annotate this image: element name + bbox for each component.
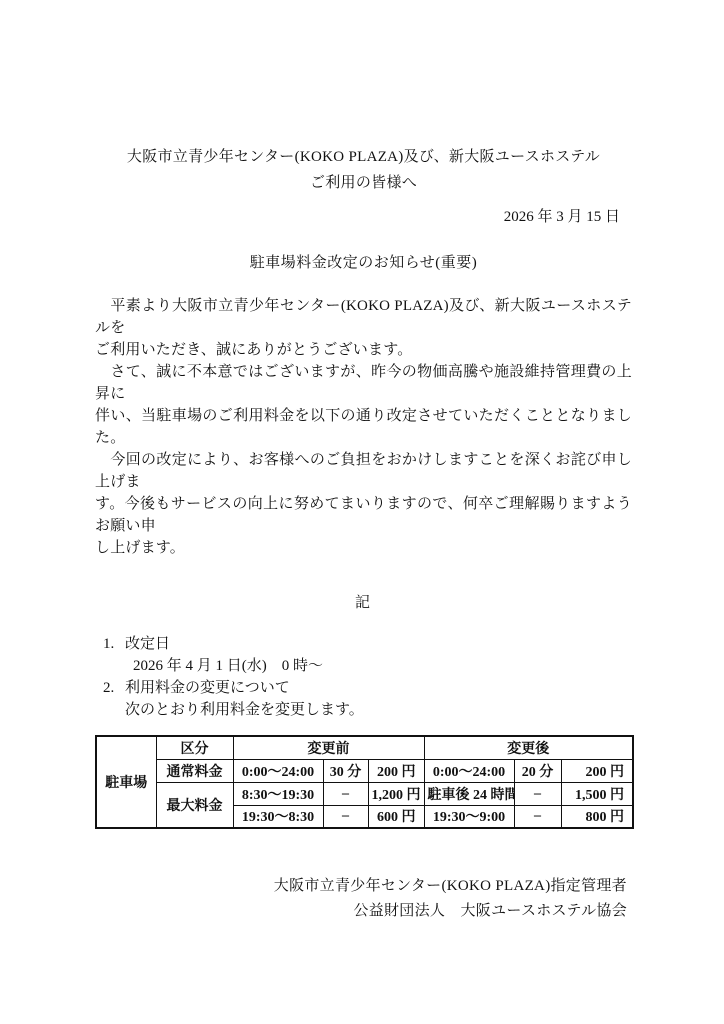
table-header-category: 区分 [156, 736, 233, 759]
cell-before-price: 200 円 [368, 759, 424, 782]
document-date: 2026 年 3 月 15 日 [95, 206, 632, 228]
table-header-after: 変更後 [424, 736, 633, 759]
table-header-row: 駐車場 区分 変更前 変更後 [96, 736, 633, 759]
record-marker: 記 [95, 592, 632, 614]
cell-after-price: 800 円 [561, 805, 633, 828]
list-item-number: 1. [103, 633, 125, 655]
list-item-fee-change: 2.利用料金の変更について [95, 677, 632, 699]
body-text: 平素より大阪市立青少年センター(KOKO PLAZA)及び、新大阪ユースホステル… [95, 295, 632, 559]
cell-after-unit: – [514, 805, 561, 828]
document-page: 大阪市立青少年センター(KOKO PLAZA)及び、新大阪ユースホステル ご利用… [0, 0, 724, 1024]
recipient-block: 大阪市立青少年センター(KOKO PLAZA)及び、新大阪ユースホステル ご利用… [95, 144, 632, 196]
document-content: 大阪市立青少年センター(KOKO PLAZA)及び、新大阪ユースホステル ご利用… [95, 0, 632, 924]
cell-after-time: 駐車後 24 時間 [424, 782, 514, 805]
list-item-revision-date-detail: 2026 年 4 月 1 日(水) 0 時～ [95, 655, 632, 677]
table-row-normal-fee: 通常料金 0:00～24:00 30 分 200 円 0:00～24:00 20… [96, 759, 633, 782]
paragraph-greeting: 平素より大阪市立青少年センター(KOKO PLAZA)及び、新大阪ユースホステル… [95, 295, 632, 361]
list-item-revision-date: 1.改定日 [95, 633, 632, 655]
fee-table: 駐車場 区分 変更前 変更後 通常料金 0:00～24:00 30 分 200 … [95, 735, 634, 829]
signature-block: 大阪市立青少年センター(KOKO PLAZA)指定管理者 公益財団法人 大阪ユー… [95, 874, 632, 924]
recipient-line-2: ご利用の皆様へ [95, 170, 632, 196]
table-group-label: 駐車場 [96, 736, 156, 828]
notice-title: 駐車場料金改定のお知らせ(重要) [95, 252, 632, 274]
signature-line-2: 公益財団法人 大阪ユースホステル協会 [95, 899, 627, 924]
cell-before-time: 8:30～19:30 [233, 782, 323, 805]
list-item-label: 利用料金の変更について [125, 680, 290, 696]
cell-before-unit: – [323, 782, 368, 805]
list-item-label: 改定日 [125, 636, 170, 652]
cell-before-price: 600 円 [368, 805, 424, 828]
paragraph-reason: さて、誠に不本意ではございますが、昨今の物価高騰や施設維持管理費の上昇に 伴い、… [95, 361, 632, 449]
table-header-before: 変更前 [233, 736, 424, 759]
cell-after-unit: 20 分 [514, 759, 561, 782]
recipient-line-1: 大阪市立青少年センター(KOKO PLAZA)及び、新大阪ユースホステル [95, 144, 632, 170]
list-item-fee-change-detail: 次のとおり利用料金を変更します。 [95, 699, 632, 721]
list-item-number: 2. [103, 677, 125, 699]
cell-after-time: 0:00～24:00 [424, 759, 514, 782]
cell-before-time: 0:00～24:00 [233, 759, 323, 782]
table-row-max-fee-day: 最大料金 8:30～19:30 – 1,200 円 駐車後 24 時間 – 1,… [96, 782, 633, 805]
cell-after-price: 1,500 円 [561, 782, 633, 805]
cell-before-time: 19:30～8:30 [233, 805, 323, 828]
cell-category: 通常料金 [156, 759, 233, 782]
paragraph-apology: 今回の改定により、お客様へのご負担をおかけしますことを深くお詫び申し上げま す。… [95, 449, 632, 559]
cell-after-unit: – [514, 782, 561, 805]
cell-before-price: 1,200 円 [368, 782, 424, 805]
cell-before-unit: – [323, 805, 368, 828]
cell-before-unit: 30 分 [323, 759, 368, 782]
cell-category: 最大料金 [156, 782, 233, 828]
signature-line-1: 大阪市立青少年センター(KOKO PLAZA)指定管理者 [95, 874, 627, 899]
item-list: 1.改定日 2026 年 4 月 1 日(水) 0 時～ 2.利用料金の変更につ… [95, 633, 632, 721]
cell-after-time: 19:30～9:00 [424, 805, 514, 828]
cell-after-price: 200 円 [561, 759, 633, 782]
